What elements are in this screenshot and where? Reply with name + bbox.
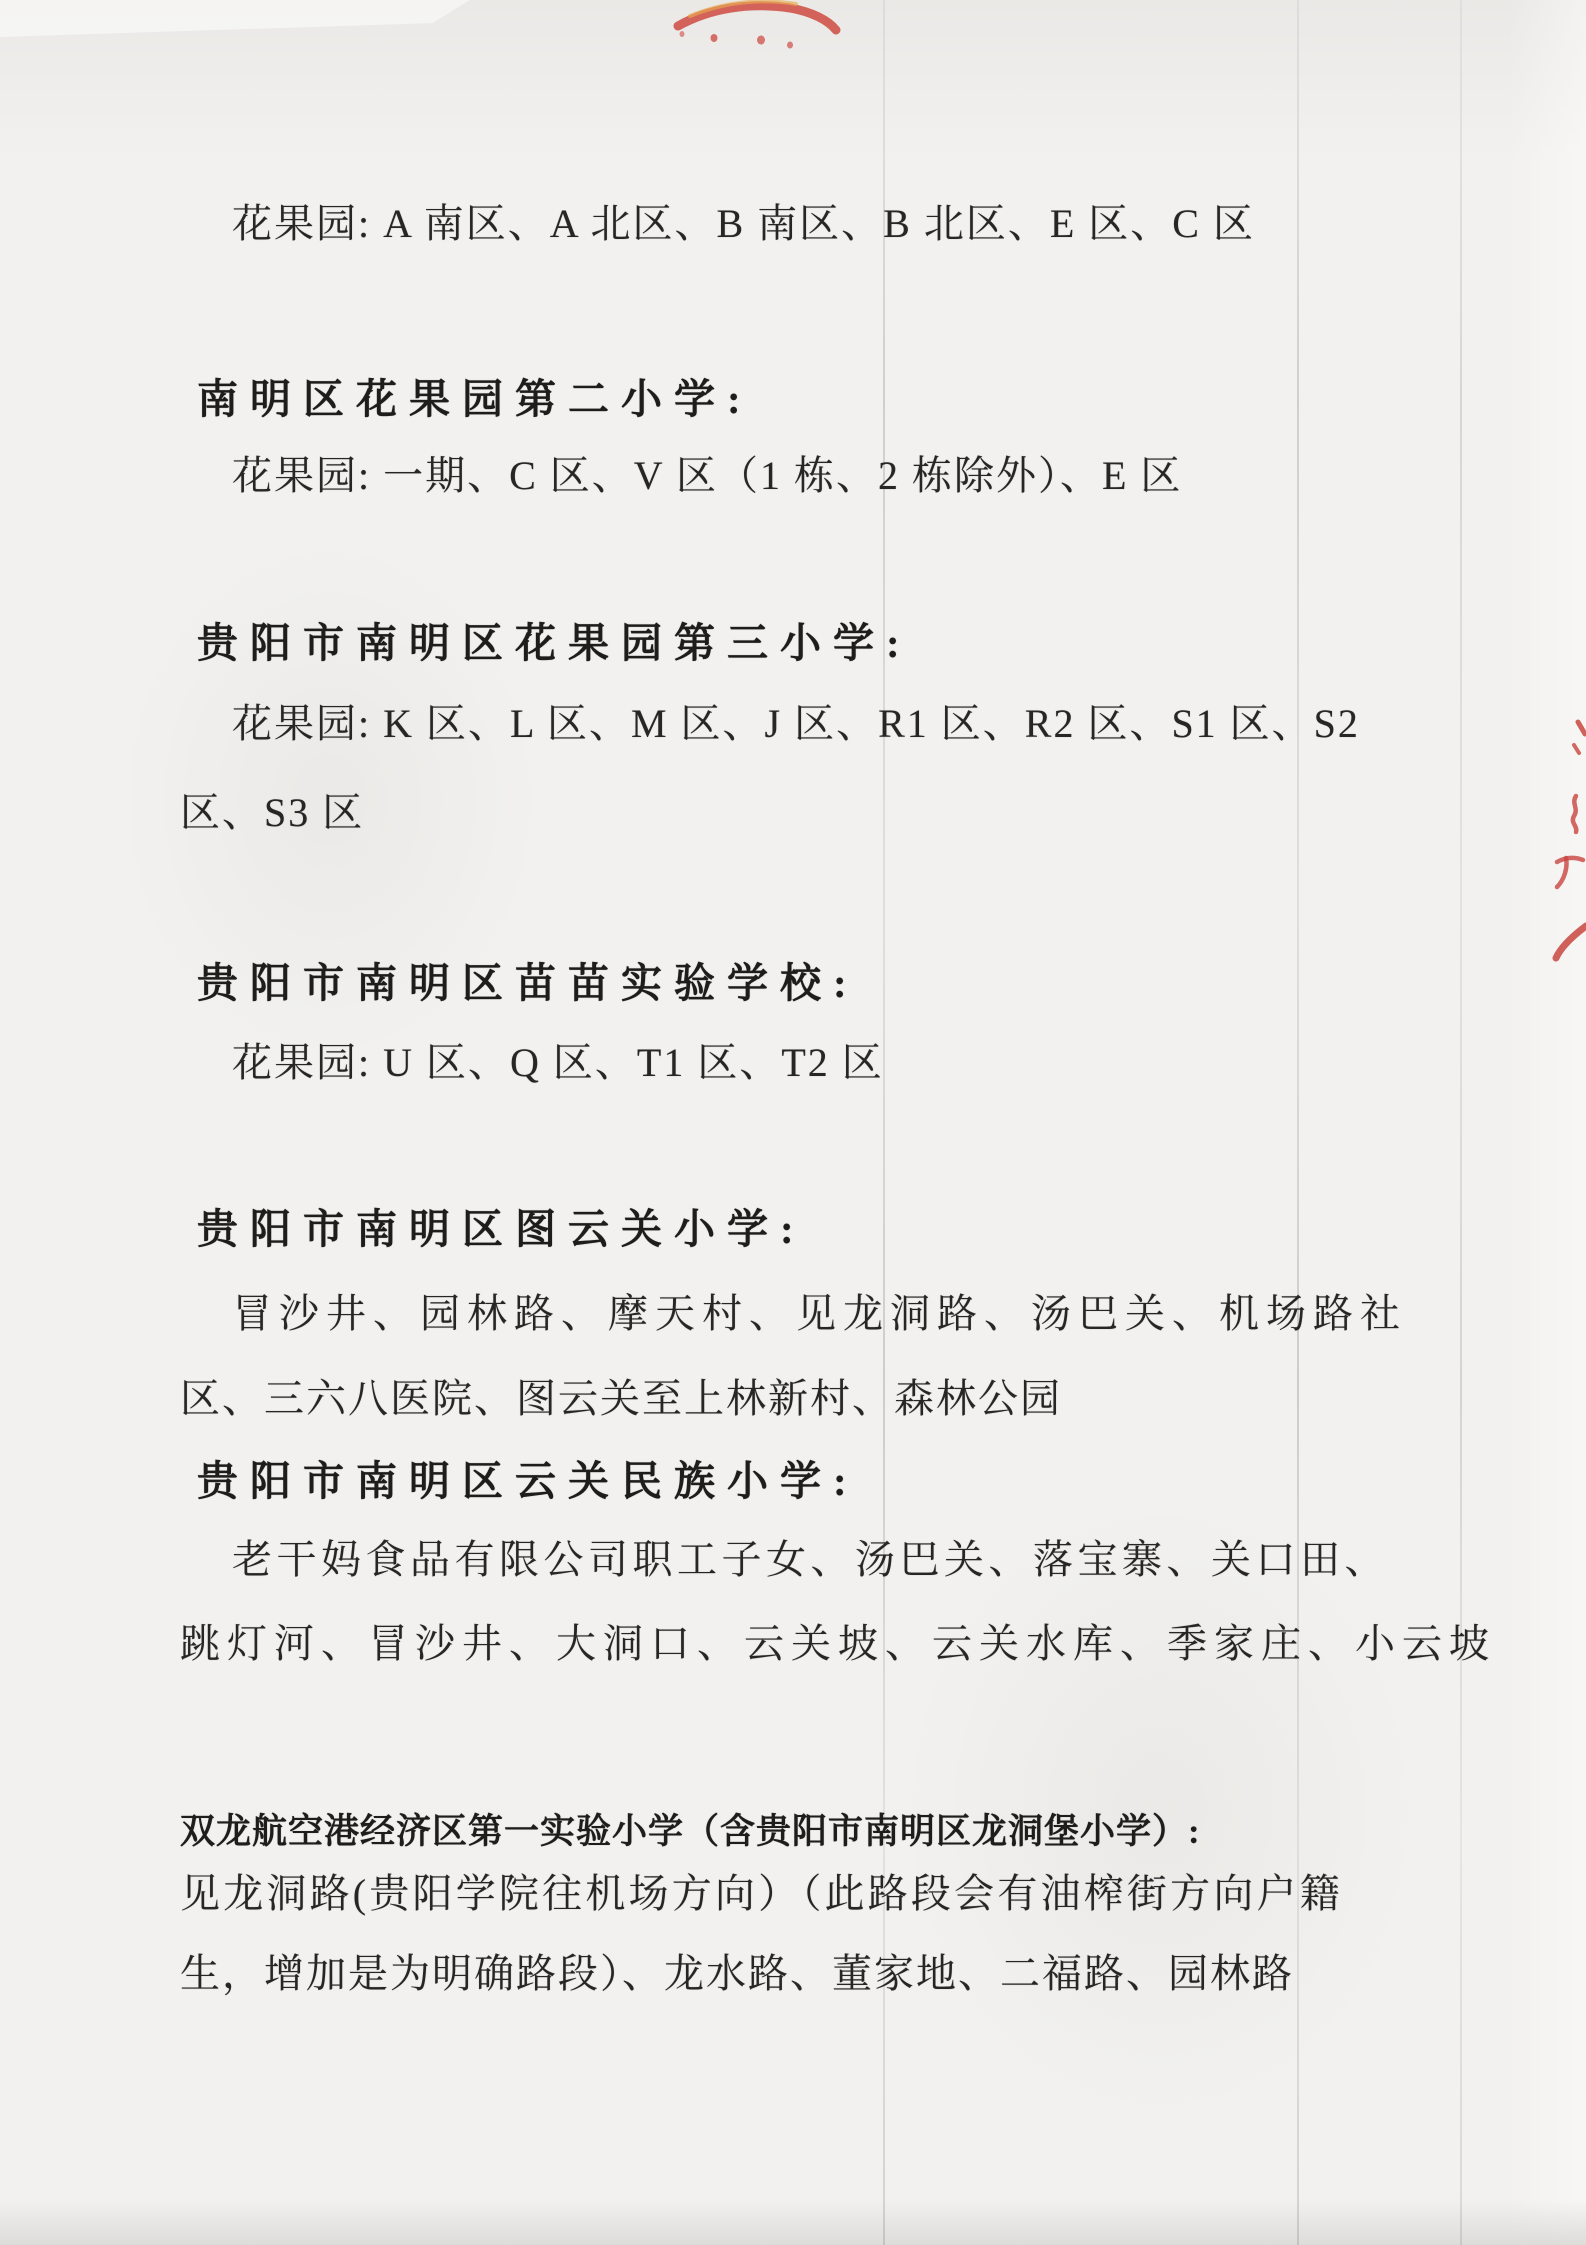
document-line: 区、S3 区 <box>180 793 364 833</box>
red-pen-marks <box>1540 690 1586 990</box>
scan-shading-top <box>0 0 1586 160</box>
scan-shading-right <box>1506 0 1586 2245</box>
school-name-heading: 南明区花果园第二小学: <box>197 379 753 420</box>
document-line: 冒沙井、园林路、摩天村、见龙洞路、汤巴关、机场路社 <box>232 1294 1407 1334</box>
school-name-heading: 贵阳市南明区苗苗实验学校: <box>197 963 859 1004</box>
school-name-heading: 双龙航空港经济区第一实验小学（含贵阳市南明区龙洞堡小学）: <box>180 1814 1201 1849</box>
document-line: 花果园: A 南区、A 北区、B 南区、B 北区、E 区、C 区 <box>232 204 1255 244</box>
document-line: 区、三六八医院、图云关至上林新村、森林公园 <box>180 1379 1062 1419</box>
document-line: 生，增加是为明确路段）、龙水路、董家地、二福路、园林路 <box>180 1954 1294 1994</box>
document-line: 老干妈食品有限公司职工子女、汤巴关、落宝寨、关口田、 <box>232 1540 1389 1580</box>
school-name-heading: 贵阳市南明区花果园第三小学: <box>197 623 912 664</box>
document-line: 见龙洞路(贵阳学院往机场方向）（此路段会有油榨街方向户籍 <box>180 1874 1343 1914</box>
document-line: 花果园: 一期、C 区、V 区（1 栋、2 栋除外）、E 区 <box>232 456 1182 496</box>
scanned-document-page: { "document": { "kind": "scanned notice … <box>0 0 1586 2245</box>
paper-corner-highlight <box>0 0 470 42</box>
scan-shading-bottom <box>0 2199 1586 2245</box>
document-line: 花果园: U 区、Q 区、T1 区、T2 区 <box>232 1043 884 1083</box>
scan-blotch <box>900 1500 1420 2120</box>
document-line: 跳灯河、冒沙井、大洞口、云关坡、云关水库、季家庄、小云坡 <box>180 1624 1496 1664</box>
red-stamp-arc <box>630 0 890 70</box>
document-line: 花果园: K 区、L 区、M 区、J 区、R1 区、R2 区、S1 区、S2 <box>232 704 1360 744</box>
school-name-heading: 贵阳市南明区图云关小学: <box>197 1209 806 1250</box>
paper-background: 花果园: A 南区、A 北区、B 南区、B 北区、E 区、C 区南明区花果园第二… <box>0 0 1586 2245</box>
fold-line <box>1460 0 1462 2245</box>
school-name-heading: 贵阳市南明区云关民族小学: <box>197 1461 859 1502</box>
